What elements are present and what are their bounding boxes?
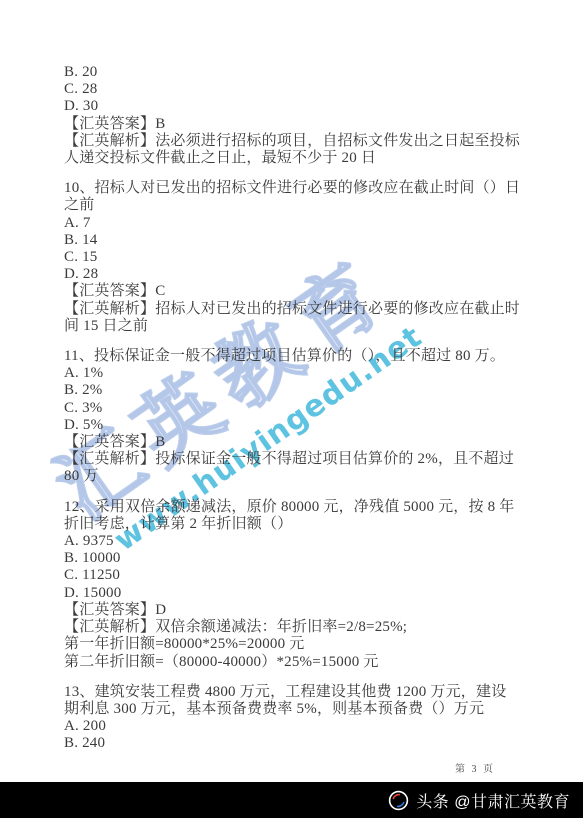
option-line: A. 7 [64, 215, 526, 232]
question-block: B. 20 C. 28 D. 30 【汇英答案】B 【汇英解析】法必须进行招标的… [64, 64, 526, 167]
question-text-line: 11、投标保证金一般不得超过项目估算价的（），且不超过 80 万。 [64, 348, 526, 365]
answer-label: 【汇英答案】 [64, 116, 155, 132]
answer-label: 【汇英答案】 [64, 602, 155, 618]
page-number: 第 3 页 [455, 760, 495, 775]
option-line: D. 30 [64, 98, 526, 115]
question-block: 10、招标人对已发出的招标文件进行必要的修改应在截止时间（）日 之前 A. 7 … [64, 180, 526, 335]
question-text-line: 10、招标人对已发出的招标文件进行必要的修改应在截止时间（）日 [64, 180, 526, 197]
analysis-line: 80 万 [64, 468, 526, 485]
question-block: 12、采用双倍余额递减法，原价 80000 元，净残值 5000 元，按 8 年… [64, 499, 526, 671]
analysis-line: 第二年折旧额=（80000-40000）*25%=15000 元 [64, 654, 526, 671]
option-line: C. 3% [64, 400, 526, 417]
analysis-line: 【汇英解析】投标保证金一般不得超过项目估算价的 2%，且不超过 [64, 451, 526, 468]
huiying-logo-icon [388, 790, 409, 811]
question-block: 13、建筑安装工程费 4800 万元，工程建设其他费 1200 万元，建设 期利… [64, 684, 526, 753]
question-text-line: 13、建筑安装工程费 4800 万元，工程建设其他费 1200 万元，建设 [64, 684, 526, 701]
option-line: B. 240 [64, 735, 526, 752]
option-line: C. 28 [64, 81, 526, 98]
question-text-line: 折旧考虑，计算第 2 年折旧额（） [64, 516, 526, 533]
option-line: D. 5% [64, 417, 526, 434]
option-line: B. 2% [64, 382, 526, 399]
option-line: A. 1% [64, 365, 526, 382]
analysis-line: 【汇英解析】招标人对已发出的招标文件进行必要的修改应在截止时 [64, 301, 526, 318]
question-text-line: 期利息 300 万元，基本预备费费率 5%，则基本预备费（）万元 [64, 701, 526, 718]
document-body: B. 20 C. 28 D. 30 【汇英答案】B 【汇英解析】法必须进行招标的… [64, 64, 526, 766]
option-line: B. 14 [64, 232, 526, 249]
answer-value: C [155, 283, 165, 299]
option-line: C. 15 [64, 249, 526, 266]
answer-label: 【汇英答案】 [64, 283, 155, 299]
answer-line: 【汇英答案】B [64, 116, 526, 133]
option-line: C. 11250 [64, 567, 526, 584]
answer-line: 【汇英答案】D [64, 602, 526, 619]
attribution-bar: 头条 @甘肃汇英教育 [0, 782, 583, 818]
analysis-line: 【汇英解析】双倍余额递减法：年折旧率=2/8=25%; [64, 619, 526, 636]
question-text-line: 12、采用双倍余额递减法，原价 80000 元，净残值 5000 元，按 8 年 [64, 499, 526, 516]
analysis-line: 人递交投标文件截止之日止，最短不少于 20 日 [64, 150, 526, 167]
option-line: A. 200 [64, 718, 526, 735]
answer-line: 【汇英答案】C [64, 283, 526, 300]
answer-value: B [155, 116, 165, 132]
option-line: D. 15000 [64, 585, 526, 602]
analysis-line: 【汇英解析】法必须进行招标的项目，自招标文件发出之日起至投标 [64, 133, 526, 150]
attribution-label: 头条 @甘肃汇英教育 [416, 789, 570, 812]
option-line: D. 28 [64, 266, 526, 283]
question-block: 11、投标保证金一般不得超过项目估算价的（），且不超过 80 万。 A. 1% … [64, 348, 526, 486]
analysis-line: 第一年折旧额=80000*25%=20000 元 [64, 636, 526, 653]
option-line: A. 9375 [64, 533, 526, 550]
answer-value: D [155, 602, 166, 618]
option-line: B. 10000 [64, 550, 526, 567]
question-text-line: 之前 [64, 197, 526, 214]
analysis-line: 间 15 日之前 [64, 318, 526, 335]
option-line: B. 20 [64, 64, 526, 81]
answer-line: 【汇英答案】B [64, 434, 526, 451]
answer-value: B [155, 434, 165, 450]
answer-label: 【汇英答案】 [64, 434, 155, 450]
